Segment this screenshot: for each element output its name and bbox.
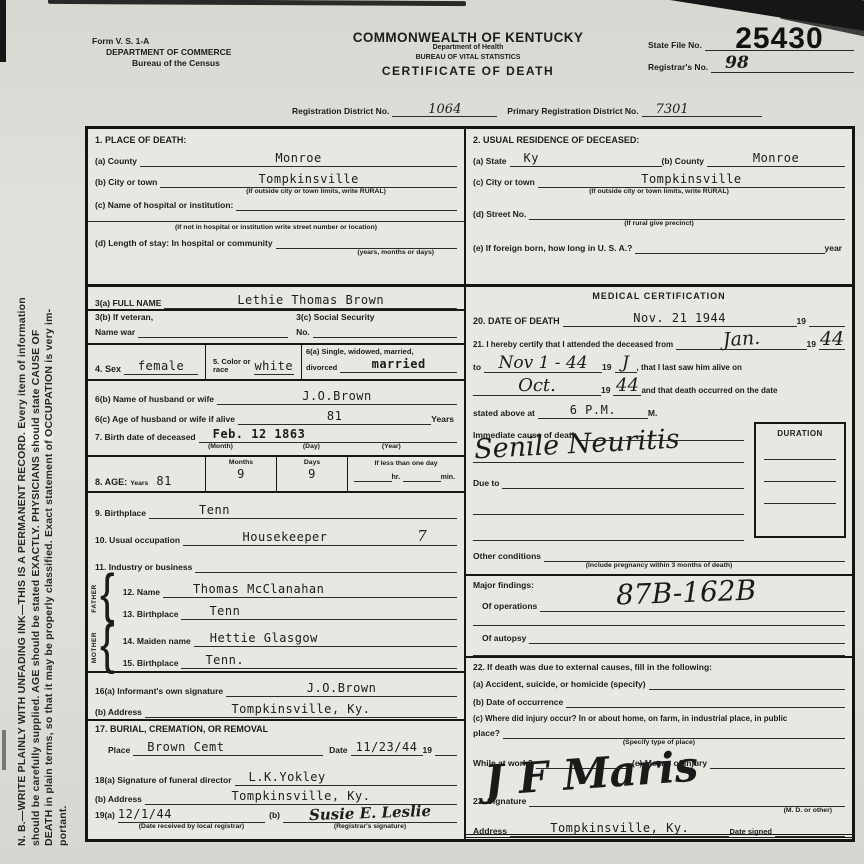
funeral-director-block: 18(a) Signature of funeral director L.K.… (88, 765, 464, 805)
primary-district-value: 7301 (642, 103, 762, 117)
ssn-no-label: No. (296, 327, 313, 338)
time-of-death-value: 6 P.M. (538, 402, 648, 419)
year-note: (Year) (382, 443, 401, 450)
certificate-title: CERTIFICATE OF DEATH (318, 66, 618, 76)
right-column: MEDICAL CERTIFICATION 20. DATE OF DEATH … (466, 287, 852, 839)
margin-note-line: N. B.—WRITE PLAINLY WITH UNFADING INK—TH… (16, 34, 30, 846)
due-to-line-2 (473, 514, 744, 515)
cause-of-death-block: DURATION Senile Neuritis Immediate cause… (466, 419, 852, 544)
hr-label: hr. (392, 474, 404, 482)
age-months-value: 9 (206, 467, 276, 481)
funeral-director-value: L.K.Yokley (235, 769, 458, 786)
death-certificate-scan: N. B.—WRITE PLAINLY WITH UNFADING INK—TH… (0, 0, 864, 864)
veteran-war-label: Name war (95, 327, 138, 338)
field-spouse-age: 6(c) Age of husband or wife if alive 81 … (88, 405, 464, 425)
registrar-no-label: Registrar's No. (648, 62, 711, 73)
birth-date-value: Feb. 12 1863 (199, 426, 457, 443)
age-label: 8. AGE: (95, 477, 130, 488)
state-file-value: 25430 (705, 28, 854, 51)
external-causes-title: 22. If death was due to external causes,… (466, 658, 852, 672)
registrar-b-label: (b) (269, 806, 283, 821)
field-veteran-ssn: 3(b) If veteran, Name war 3(c) Social Se… (88, 311, 464, 345)
day-note: (Day) (303, 443, 320, 450)
foreign-born-label: (e) If foreign born, how long in U. S. A… (473, 243, 635, 254)
due-to-line-3 (473, 540, 744, 541)
stay-label: (d) Length of stay: In hospital or commu… (95, 238, 276, 249)
field-birth-date: 7. Birth date of deceased Feb. 12 1863 (… (88, 425, 464, 457)
age-less-note: If less than one day (354, 460, 458, 468)
county-value: Monroe (140, 150, 457, 167)
autopsy-label: Of autopsy (482, 633, 529, 644)
bureau-vital-statistics: BUREAU OF VITAL STATISTICS (318, 53, 618, 63)
injury-place-note: (Specify type of place) (466, 739, 852, 747)
age-years-value: 81 (156, 474, 171, 488)
city-note: (If outside city or town limits, write R… (88, 188, 464, 196)
age-days-value: 9 (277, 467, 347, 481)
mother-birthplace-label: 15. Birthplace (123, 658, 182, 669)
ssn-label: 3(c) Social Security (296, 312, 457, 323)
spouse-value: J.O.Brown (217, 388, 457, 405)
certify-to-label: to (473, 362, 484, 373)
registrar-signature-value: Susie E. Leslie (283, 806, 457, 823)
min-label: min. (441, 474, 458, 482)
certify-statement: 21. I hereby certify that I attended the… (466, 327, 852, 419)
accident-label: (a) Accident, suicide, or homicide (spec… (473, 679, 649, 690)
date-of-death-value: Nov. 21 1944 (563, 310, 797, 327)
last-seen-value: Oct. (473, 377, 601, 396)
title-block: COMMONWEALTH OF KENTUCKY Department of H… (318, 33, 618, 76)
operations-line (540, 611, 845, 612)
age-days-label: Days (277, 459, 347, 467)
registrar-no-value: 98 (711, 55, 854, 73)
injury-where-label: (c) Where did injury occur? In or about … (466, 708, 852, 723)
field-full-name: 3(a) FULL NAME Lethie Thomas Brown (88, 287, 464, 311)
res-county-value: Monroe (707, 150, 845, 167)
margin-note-line: should be carefully supplied. AGE should… (30, 34, 44, 846)
marital-divorced-label: divorced (306, 363, 340, 373)
field-occupation: 10. Usual occupation Housekeeper 7 (88, 519, 464, 546)
m-suffix: M. (648, 408, 660, 419)
injury-place-label: place? (473, 728, 503, 739)
res-state-value: Ky (510, 150, 662, 167)
form-number: Form V. S. 1-A (92, 36, 231, 47)
state-file-label: State File No. (648, 40, 705, 51)
bureau-of-census: Bureau of the Census (132, 58, 231, 69)
while-at-work-label: While at work? (473, 758, 536, 769)
form-identifier-block: Form V. S. 1-A DEPARTMENT OF COMMERCE Bu… (92, 36, 231, 69)
res-city-value: Tompkinsville (538, 171, 845, 188)
field-age: 8. AGE: Years 81 Months 9 Days 9 If less… (88, 457, 464, 493)
reg-district-value: 1064 (392, 103, 497, 117)
external-causes-block: 22. If death was due to external causes,… (466, 658, 852, 783)
hospital-note: (If not in hospital or institution write… (88, 224, 464, 232)
mother-name-label: 14. Maiden name (123, 636, 194, 647)
informant-signature-value: J.O.Brown (226, 680, 457, 697)
certificate-form: 1. PLACE OF DEATH: (a) County Monroe (b)… (85, 126, 855, 842)
duration-line (764, 480, 836, 482)
due-to-line-1 (502, 488, 744, 489)
margin-note: N. B.—WRITE PLAINLY WITH UNFADING INK—TH… (16, 34, 70, 846)
full-name-label: 3(a) FULL NAME (95, 298, 164, 309)
from-year-value: 44 (819, 330, 845, 350)
residence-title: 2. USUAL RESIDENCE OF DECEASED: (466, 133, 852, 147)
primary-district-label: Primary Registration District No. (507, 106, 641, 117)
registrar-num-label: 19(a) (95, 806, 118, 821)
due-to-label: Due to (473, 478, 502, 489)
ssn-value (313, 337, 457, 338)
reg-district-label: Registration District No. (292, 106, 392, 117)
father-birthplace-label: 13. Birthplace (123, 609, 182, 620)
autopsy-line-2 (473, 655, 845, 656)
date-of-death-label: 20. DATE OF DEATH (473, 316, 563, 327)
street-label: (d) Street No. (473, 209, 529, 220)
funeral-director-address-label: (b) Address (95, 794, 145, 805)
res-city-note: (If outside city or town limits, write R… (466, 188, 852, 196)
scan-artifact-top (48, 0, 466, 6)
field-industry: 11. Industry or business (88, 546, 464, 573)
certify-line2: , that I last saw him alive on (637, 363, 745, 373)
other-conditions-block: Other conditions (Include pregnancy with… (466, 544, 852, 576)
county-label: (a) County (95, 156, 140, 167)
spouse-label: 6(b) Name of husband or wife (95, 394, 217, 405)
father-birthplace-value: Tenn (181, 603, 457, 620)
veteran-label: 3(b) If veteran, (95, 312, 288, 323)
field-sex-race-marital: 4. Sex female 5. Color orrace white 6(a)… (88, 345, 464, 381)
duration-label: DURATION (756, 429, 844, 438)
major-findings-block: Major findings: 87B-162B Of operations O… (466, 576, 852, 658)
sex-value: female (124, 358, 198, 375)
sex-label: 4. Sex (95, 364, 124, 375)
physician-signature-block: J F Maris 23. Signature (M. D. or other)… (466, 783, 852, 839)
bottom-double-rule (466, 834, 852, 838)
certify-from-value: Jan. (676, 330, 806, 350)
md-or-other-note: (M. D. or other) (466, 807, 852, 815)
means-of-injury-line (710, 768, 845, 769)
mother-name-value: Hettie Glasgow (194, 630, 457, 647)
medical-certification-title: MEDICAL CERTIFICATION (466, 287, 852, 305)
hospital-value (236, 210, 457, 211)
duration-line (764, 502, 836, 504)
marital-value: married (340, 356, 457, 373)
section-place-of-death: 1. PLACE OF DEATH: (a) County Monroe (b)… (88, 129, 466, 284)
margin-note-line: DEATH in plain terms, so that it may be … (43, 34, 57, 846)
certify-to-value: Nov 1 - 44 (484, 355, 602, 373)
informant-address-value: Tompkinsville, Ky. (145, 701, 457, 718)
occupation-mark: 7 (387, 529, 457, 546)
full-name-value: Lethie Thomas Brown (164, 292, 457, 309)
burial-date-year-line (435, 755, 457, 756)
certify-line1: 21. I hereby certify that I attended the… (473, 340, 676, 350)
spouse-age-suffix: Years (431, 414, 457, 425)
funeral-director-label: 18(a) Signature of funeral director (95, 775, 235, 786)
burial-date-year-prefix: 19 (423, 745, 435, 756)
burial-date-label: Date (329, 745, 350, 756)
other-conditions-line (544, 561, 845, 562)
operations-label: Of operations (482, 601, 540, 612)
other-conditions-note: (Include pregnancy within 3 months of de… (466, 562, 852, 570)
industry-value (195, 572, 457, 573)
dod-year-prefix: 19 (797, 316, 809, 327)
father-name-label: 12. Name (123, 587, 163, 598)
physician-signature-label: 23. Signature (473, 796, 529, 807)
hospital-label: (c) Name of hospital or institution: (95, 200, 236, 211)
burial-title: 17. BURIAL, CREMATION, OR REMOVAL (88, 721, 464, 736)
duration-box: DURATION (754, 422, 846, 538)
mother-brace: { (100, 617, 115, 675)
veteran-war-value (138, 337, 288, 338)
res-city-label: (c) City or town (473, 177, 538, 188)
age-years-label: Years (130, 480, 148, 488)
left-column: 3(a) FULL NAME Lethie Thomas Brown 3(b) … (88, 287, 466, 839)
occurrence-date-line (566, 707, 845, 708)
major-findings-label: Major findings: (466, 576, 852, 590)
last-year-value: 44 (613, 377, 641, 396)
res-state-label: (a) State (473, 156, 510, 167)
stay-note: (years, months or days) (88, 249, 464, 257)
father-name-value: Thomas McClanahan (163, 581, 457, 598)
burial-block: 17. BURIAL, CREMATION, OR REMOVAL Place … (88, 721, 464, 765)
registrar-signature-note: (Registrar's signature) (334, 823, 406, 831)
registrar-block: 19(a) 12/1/44 (Date received by local re… (88, 805, 464, 839)
city-label: (b) City or town (95, 177, 160, 188)
cause-of-death-label: Immediate cause of death (473, 430, 580, 441)
certify-line3: and that death occurred on the date (641, 386, 780, 396)
informant-block: 16(a) Informant's own signature J.O.Brow… (88, 673, 464, 721)
duration-line (764, 458, 836, 460)
commonwealth-title: COMMONWEALTH OF KENTUCKY (318, 33, 618, 43)
registration-district-row: Registration District No. 1064 Primary R… (292, 103, 762, 117)
means-of-injury-label: (e) Means of injury (632, 758, 710, 769)
field-birthplace: 9. Birthplace Tenn (88, 493, 464, 519)
father-block: FATHER { 12. Name Thomas McClanahan 13. … (88, 573, 464, 623)
street-value (529, 219, 845, 220)
mother-birthplace-value: Tenn. (181, 652, 457, 669)
from-year-prefix: 19 (807, 339, 819, 350)
stay-value (276, 248, 457, 249)
burial-place-value: Brown Cemt (133, 739, 323, 756)
hospital-extra-line (88, 211, 464, 222)
injury-place-line (503, 738, 845, 739)
last-year-prefix: 19 (601, 385, 613, 396)
other-conditions-label: Other conditions (473, 551, 544, 562)
scan-artifact-left-2 (2, 730, 6, 770)
section-usual-residence: 2. USUAL RESIDENCE OF DECEASED: (a) Stat… (466, 129, 852, 284)
to-year-prefix: 19 (602, 362, 614, 373)
department-of-commerce: DEPARTMENT OF COMMERCE (106, 47, 231, 58)
age-months-label: Months (206, 459, 276, 467)
informant-address-label: (b) Address (95, 707, 145, 718)
registrar-received-note: (Date received by local registrar) (139, 823, 244, 831)
burial-place-label: Place (108, 745, 133, 756)
operations-line-2 (473, 625, 845, 626)
autopsy-line (529, 643, 845, 644)
place-of-death-title: 1. PLACE OF DEATH: (88, 133, 464, 147)
cause-line-2 (473, 462, 744, 463)
res-county-label: (b) County (662, 156, 708, 167)
spouse-age-value: 81 (238, 408, 431, 425)
age-hr-value (354, 481, 392, 482)
field-date-of-death: 20. DATE OF DEATH Nov. 21 1944 19 (466, 305, 852, 327)
occupation-label: 10. Usual occupation (95, 535, 183, 546)
birthplace-label: 9. Birthplace (95, 508, 149, 519)
age-min-value (403, 481, 441, 482)
cause-line-1 (580, 440, 744, 441)
registrar-received-value: 12/1/44 (118, 806, 265, 823)
spouse-age-label: 6(c) Age of husband or wife if alive (95, 414, 238, 425)
occupation-value: Housekeeper (183, 529, 387, 546)
scan-artifact-left (0, 0, 6, 62)
birthplace-value: Tenn (149, 502, 457, 519)
birth-date-label: 7. Birth date of deceased (95, 432, 199, 443)
street-note: (If rural give precinct) (466, 220, 852, 228)
month-note: (Month) (208, 443, 233, 450)
burial-date-value: 11/23/44 (351, 739, 423, 756)
informant-signature-label: 16(a) Informant's own signature (95, 686, 226, 697)
stated-above-label: stated above at (473, 408, 538, 419)
mother-block: MOTHER { 14. Maiden name Hettie Glasgow … (88, 623, 464, 673)
while-at-work-line (536, 768, 632, 769)
race-label: 5. Color orrace (213, 358, 254, 375)
city-value: Tompkinsville (160, 171, 457, 188)
dod-year-line (809, 326, 845, 327)
occurrence-date-label: (b) Date of occurrence (473, 697, 566, 708)
foreign-born-suffix: year (825, 243, 846, 254)
margin-note-line: portant. (57, 34, 71, 846)
foreign-born-value (635, 253, 824, 254)
to-year-mark: J (615, 355, 637, 373)
race-value: white (254, 358, 294, 375)
file-number-block: State File No. 25430 Registrar's No. 98 (648, 28, 854, 77)
field-spouse-name: 6(b) Name of husband or wife J.O.Brown (88, 381, 464, 405)
physician-signature-line (529, 806, 845, 807)
accident-line (649, 689, 845, 690)
